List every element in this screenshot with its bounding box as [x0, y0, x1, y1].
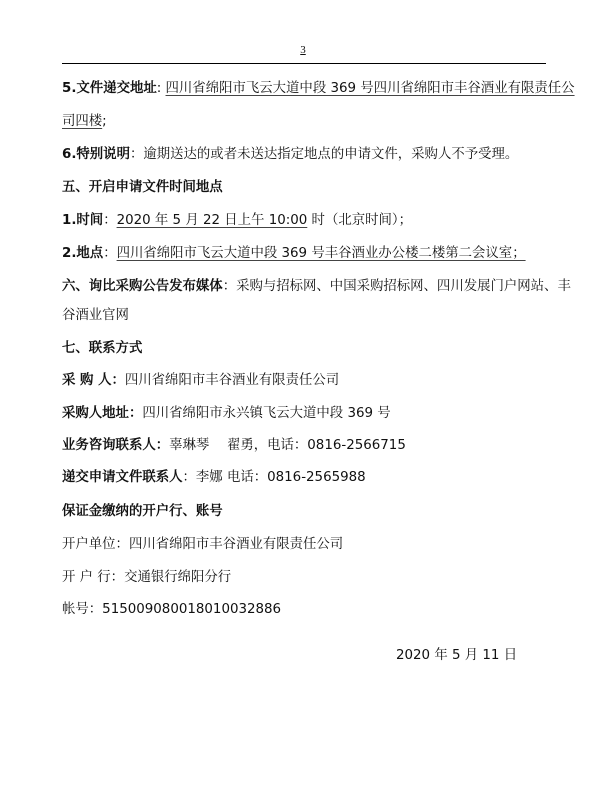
- separator: ：: [183, 470, 196, 485]
- time-tail: 时（北京时间）；: [307, 213, 412, 228]
- item-media-cont: 谷酒业官网: [62, 307, 129, 325]
- heading-opening: 五、开启申请文件时间地点: [62, 179, 223, 197]
- value: 李娜 电话：0816-2565988: [196, 470, 366, 485]
- header-rule: [62, 63, 546, 64]
- item-bank: 开 户 行：交通银行绵阳分行: [62, 569, 231, 587]
- item-submission-address: 5.文件递交地址: 四川省绵阳市飞云大道中段 369 号四川省绵阳市丰谷酒业有限…: [62, 80, 575, 98]
- page-number: 3: [0, 44, 606, 56]
- separator: ：: [103, 213, 116, 228]
- heading-deposit: 保证金缴纳的开户行、账号: [62, 503, 223, 521]
- item-submission-address-cont: 司四楼;: [62, 113, 107, 131]
- item-media: 六、询比采购公告发布媒体：采购与招标网、中国采购招标网、四川发展门户网站、丰: [62, 278, 571, 296]
- label: 6.特别说明: [62, 147, 130, 162]
- label: 5.文件递交地址: [62, 81, 157, 96]
- value: 四川省绵阳市永兴镇飞云大道中段 369 号: [142, 406, 390, 421]
- separator: ：: [130, 147, 143, 162]
- separator: ：: [112, 373, 125, 388]
- separator: ：: [223, 279, 236, 294]
- punct: ;: [102, 114, 107, 129]
- separator: :: [157, 81, 166, 96]
- item-account-unit: 开户单位：四川省绵阳市丰谷酒业有限责任公司: [62, 536, 343, 554]
- label: 采购人地址: [62, 406, 129, 421]
- page-number-text: 3: [300, 44, 306, 56]
- value: 逾期送达的或者未送达指定地点的申请文件，采购人不予受理。: [143, 147, 518, 162]
- label: 2.地点: [62, 246, 103, 261]
- item-business-contact: 业务咨询联系人：辜琳琴 翟勇，电话：0816-2566715: [62, 437, 406, 455]
- item-account-number: 帐号：515009080018010032886: [62, 601, 281, 619]
- place-value: 四川省绵阳市飞云大道中段 369 号丰谷酒业办公楼二楼第二会议室；: [117, 246, 526, 261]
- address-value: 四川省绵阳市飞云大道中段 369 号四川省绵阳市丰谷酒业有限责任公: [166, 81, 575, 96]
- item-purchaser-address: 采购人地址：四川省绵阳市永兴镇飞云大道中段 369 号: [62, 405, 391, 423]
- item-time: 1.时间：2020 年 5 月 22 日上午 10:00 时（北京时间）；: [62, 212, 412, 230]
- value: 采购与招标网、中国采购招标网、四川发展门户网站、丰: [236, 279, 571, 294]
- separator: ：: [129, 406, 142, 421]
- label: 六、询比采购公告发布媒体: [62, 279, 223, 294]
- label: 采 购 人: [62, 373, 112, 388]
- address-value-cont: 司四楼: [62, 114, 102, 129]
- label: 业务咨询联系人: [62, 438, 156, 453]
- item-place: 2.地点：四川省绵阳市飞云大道中段 369 号丰谷酒业办公楼二楼第二会议室；: [62, 245, 526, 263]
- label: 1.时间: [62, 213, 103, 228]
- item-special-note: 6.特别说明：逾期送达的或者未送达指定地点的申请文件，采购人不予受理。: [62, 146, 518, 164]
- item-submit-contact: 递交申请文件联系人：李娜 电话：0816-2565988: [62, 469, 366, 487]
- separator: ：: [103, 246, 116, 261]
- separator: ：: [156, 438, 169, 453]
- item-purchaser: 采 购 人：四川省绵阳市丰谷酒业有限责任公司: [62, 372, 339, 390]
- label: 递交申请文件联系人: [62, 470, 183, 485]
- heading-contact: 七、联系方式: [62, 340, 142, 358]
- signature-date: 2020 年 5 月 11 日: [396, 647, 517, 665]
- time-value: 2020 年 5 月 22 日上午 10:00: [117, 213, 308, 228]
- value: 辜琳琴 翟勇，电话：0816-2566715: [169, 438, 406, 453]
- value: 四川省绵阳市丰谷酒业有限责任公司: [125, 373, 339, 388]
